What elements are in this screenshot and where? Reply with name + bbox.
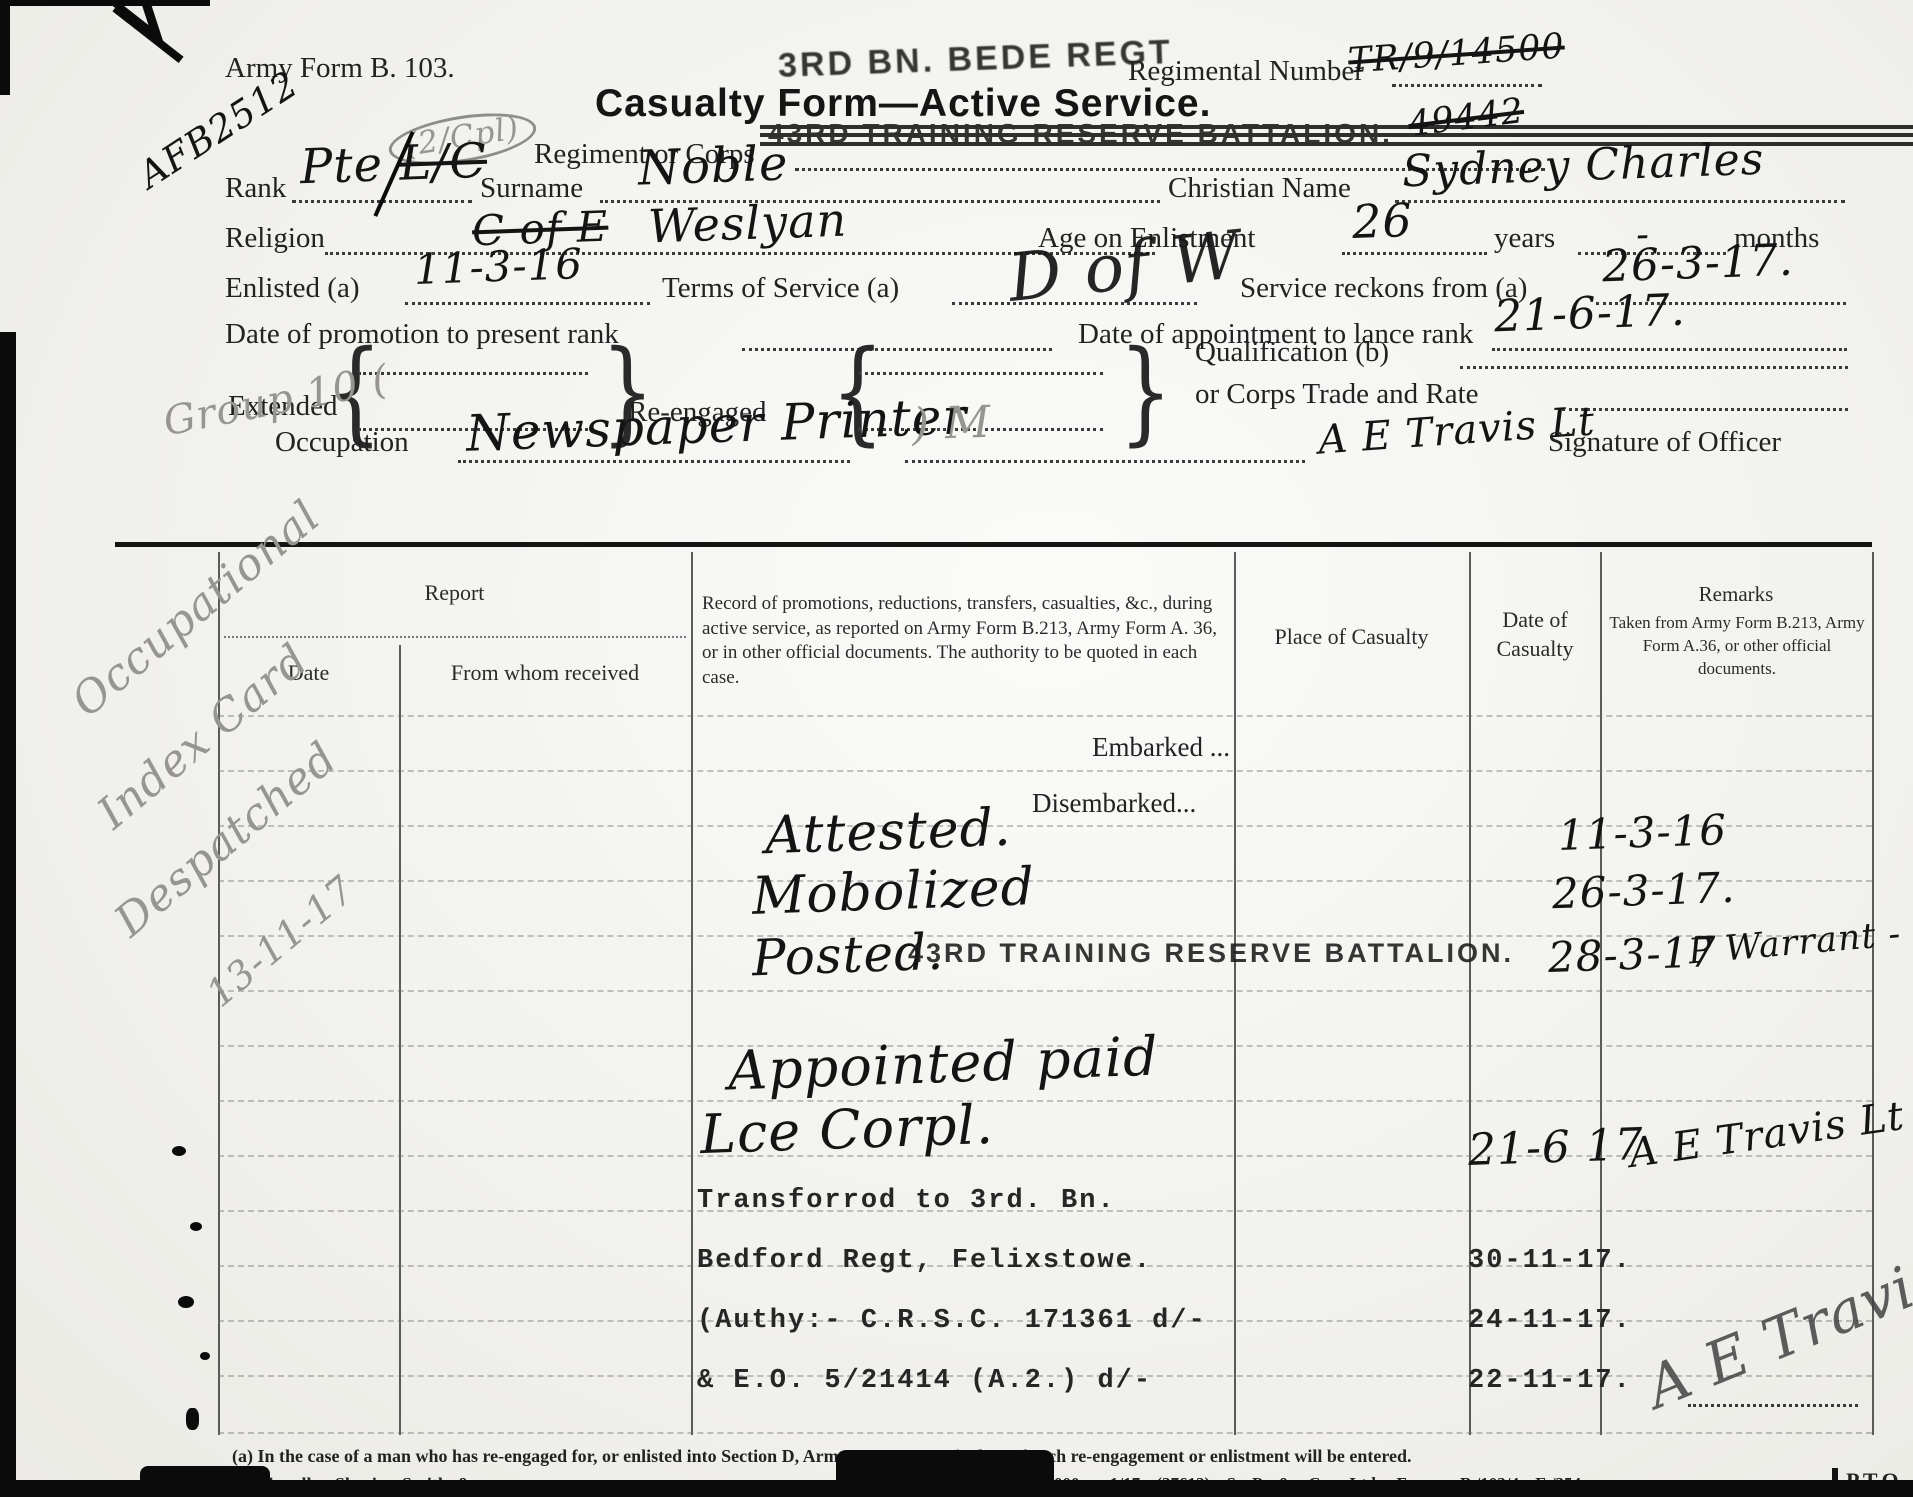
battalion-stamp: 3RD BN. BEDE REGT (777, 33, 1173, 86)
appointed-date: 21-6 17 (1467, 1119, 1645, 1176)
promotion-line (742, 348, 1052, 351)
qualification-label: Qualification (b) (1195, 336, 1389, 369)
scan-speckle-4 (200, 1352, 210, 1360)
religion-label: Religion (225, 222, 325, 255)
rank-value-struck: L/C (398, 133, 488, 192)
years-label: years (1494, 222, 1555, 255)
table-vline-datecas (1469, 552, 1471, 1435)
embarked-entry: Embarked ... (1000, 732, 1230, 763)
posted-remark: P Warrant - a/ft (1687, 907, 1913, 972)
occupation-pencil-mark: ) M (911, 397, 992, 451)
corps-trade-line (1562, 408, 1848, 411)
table-rowline (218, 715, 1872, 717)
promotion-label: Date of promotion to present rank (225, 318, 619, 351)
table-vline-record (691, 552, 693, 1435)
christian-name-label: Christian Name (1168, 172, 1351, 205)
report-header: Report (218, 580, 691, 606)
casualty-form-page: Army Form B. 103. 3RD BN. BEDE REGT Regi… (0, 0, 1913, 1497)
scan-speckle-5 (186, 1408, 199, 1430)
scan-blob-bottom-center (836, 1450, 1054, 1497)
remarks-header: Remarks (1600, 582, 1872, 607)
remarks-subheader: Taken from Army Form B.213, Army Form A.… (1606, 612, 1868, 681)
reengaged-brace-close: } (1119, 336, 1172, 448)
occupation-line-1 (458, 460, 850, 463)
scan-edge-left (0, 332, 16, 1497)
date-of-casualty-header: Date of Casualty (1480, 606, 1590, 663)
qualification-line (1460, 366, 1848, 369)
extended-line-1 (358, 372, 588, 375)
rank-value-kept: Pte (299, 136, 384, 195)
occupation-line-2 (905, 460, 1305, 463)
terms-of-service-label: Terms of Service (a) (662, 272, 899, 305)
age-value: 26 (1351, 193, 1413, 249)
scan-edge-top (0, 0, 210, 6)
attested-date: 11-3-16 (1557, 805, 1728, 860)
transferred-entry-line1: Transforrod to 3rd. Bn. (697, 1186, 1116, 1216)
appointed-entry-line1: Appointed paid (727, 1025, 1160, 1103)
scan-blob-bottom-left (140, 1466, 270, 1497)
scan-edge-topleft (0, 0, 10, 95)
signature-of-officer-label: Signature of Officer (1548, 426, 1781, 459)
rank-label: Rank (225, 172, 286, 205)
disembarked-entry: Disembarked... (1032, 788, 1196, 819)
from-whom-received-header: From whom received (399, 660, 691, 686)
surname-label: Surname (480, 172, 583, 205)
section-divider-rule (115, 542, 1872, 547)
record-column-header: Record of promotions, reductions, transf… (702, 592, 1224, 691)
regimental-number-old: TR/9/14500 (1347, 26, 1566, 81)
margin-note-date: 13-11-17 (198, 867, 363, 1016)
appointed-remark-signature: A E Travis Lt (1626, 1093, 1907, 1177)
corps-trade-label: or Corps Trade and Rate (1195, 378, 1479, 411)
age-line (1342, 252, 1487, 255)
rank-value: Pte L/C (299, 133, 488, 195)
scan-speckle-3 (178, 1296, 194, 1308)
footnote-a: (a) In the case of a man who has re-enga… (232, 1446, 1412, 1467)
attested-entry: Attested. (764, 798, 1012, 867)
table-vline-place (1234, 552, 1236, 1435)
transferred-date-line2: 30-11-17. (1468, 1246, 1632, 1276)
transferred-entry-line4: & E.O. 5/21414 (A.2.) d/- (697, 1366, 1152, 1396)
occupation-label: Occupation (275, 426, 409, 459)
table-rowline (218, 1432, 1872, 1434)
table-rowline (218, 1100, 1872, 1102)
christian-name-line (1395, 200, 1845, 203)
mobolized-date: 26-3-17. (1551, 863, 1736, 918)
place-of-casualty-header: Place of Casualty (1234, 624, 1469, 650)
table-vline-remarks (1600, 552, 1602, 1435)
reengaged-line-1 (858, 372, 1103, 375)
lance-rank-value: 21-6-17. (1493, 285, 1686, 343)
table-rowline (218, 770, 1872, 772)
report-header-line (224, 636, 686, 638)
transferred-remark-line (1688, 1404, 1858, 1407)
enlisted-line (405, 302, 650, 305)
surname-value: Noble (637, 135, 789, 196)
service-reckons-label: Service reckons from (a) (1240, 272, 1527, 305)
scan-speckle-2 (190, 1222, 202, 1231)
scan-speckle-1 (172, 1146, 186, 1156)
service-reckons-value: 26-3-17. (1601, 235, 1794, 293)
transferred-date-line3: 24-11-17. (1468, 1306, 1632, 1336)
posted-battalion-stamp: 43RD TRAINING RESERVE BATTALION. (908, 938, 1514, 969)
occupation-value: Newspaper Printer (465, 387, 968, 462)
table-rowline (218, 990, 1872, 992)
mobolized-entry: Mobolized (751, 857, 1036, 927)
enlisted-value: 11-3-16 (413, 239, 584, 294)
transferred-entry-line3: (Authy:- C.R.S.C. 171361 d/- (697, 1306, 1207, 1336)
enlisted-label: Enlisted (a) (225, 272, 359, 305)
transferred-entry-line2: Bedford Regt, Felixstowe. (697, 1246, 1152, 1276)
table-vline-date (399, 645, 401, 1435)
transferred-date-line4: 22-11-17. (1468, 1366, 1632, 1396)
religion-value: Weslyan (647, 193, 848, 254)
appointed-entry-line2: Lce Corpl. (699, 1093, 995, 1166)
lance-rank-line (1492, 348, 1847, 351)
regimental-number-line (1392, 84, 1542, 87)
